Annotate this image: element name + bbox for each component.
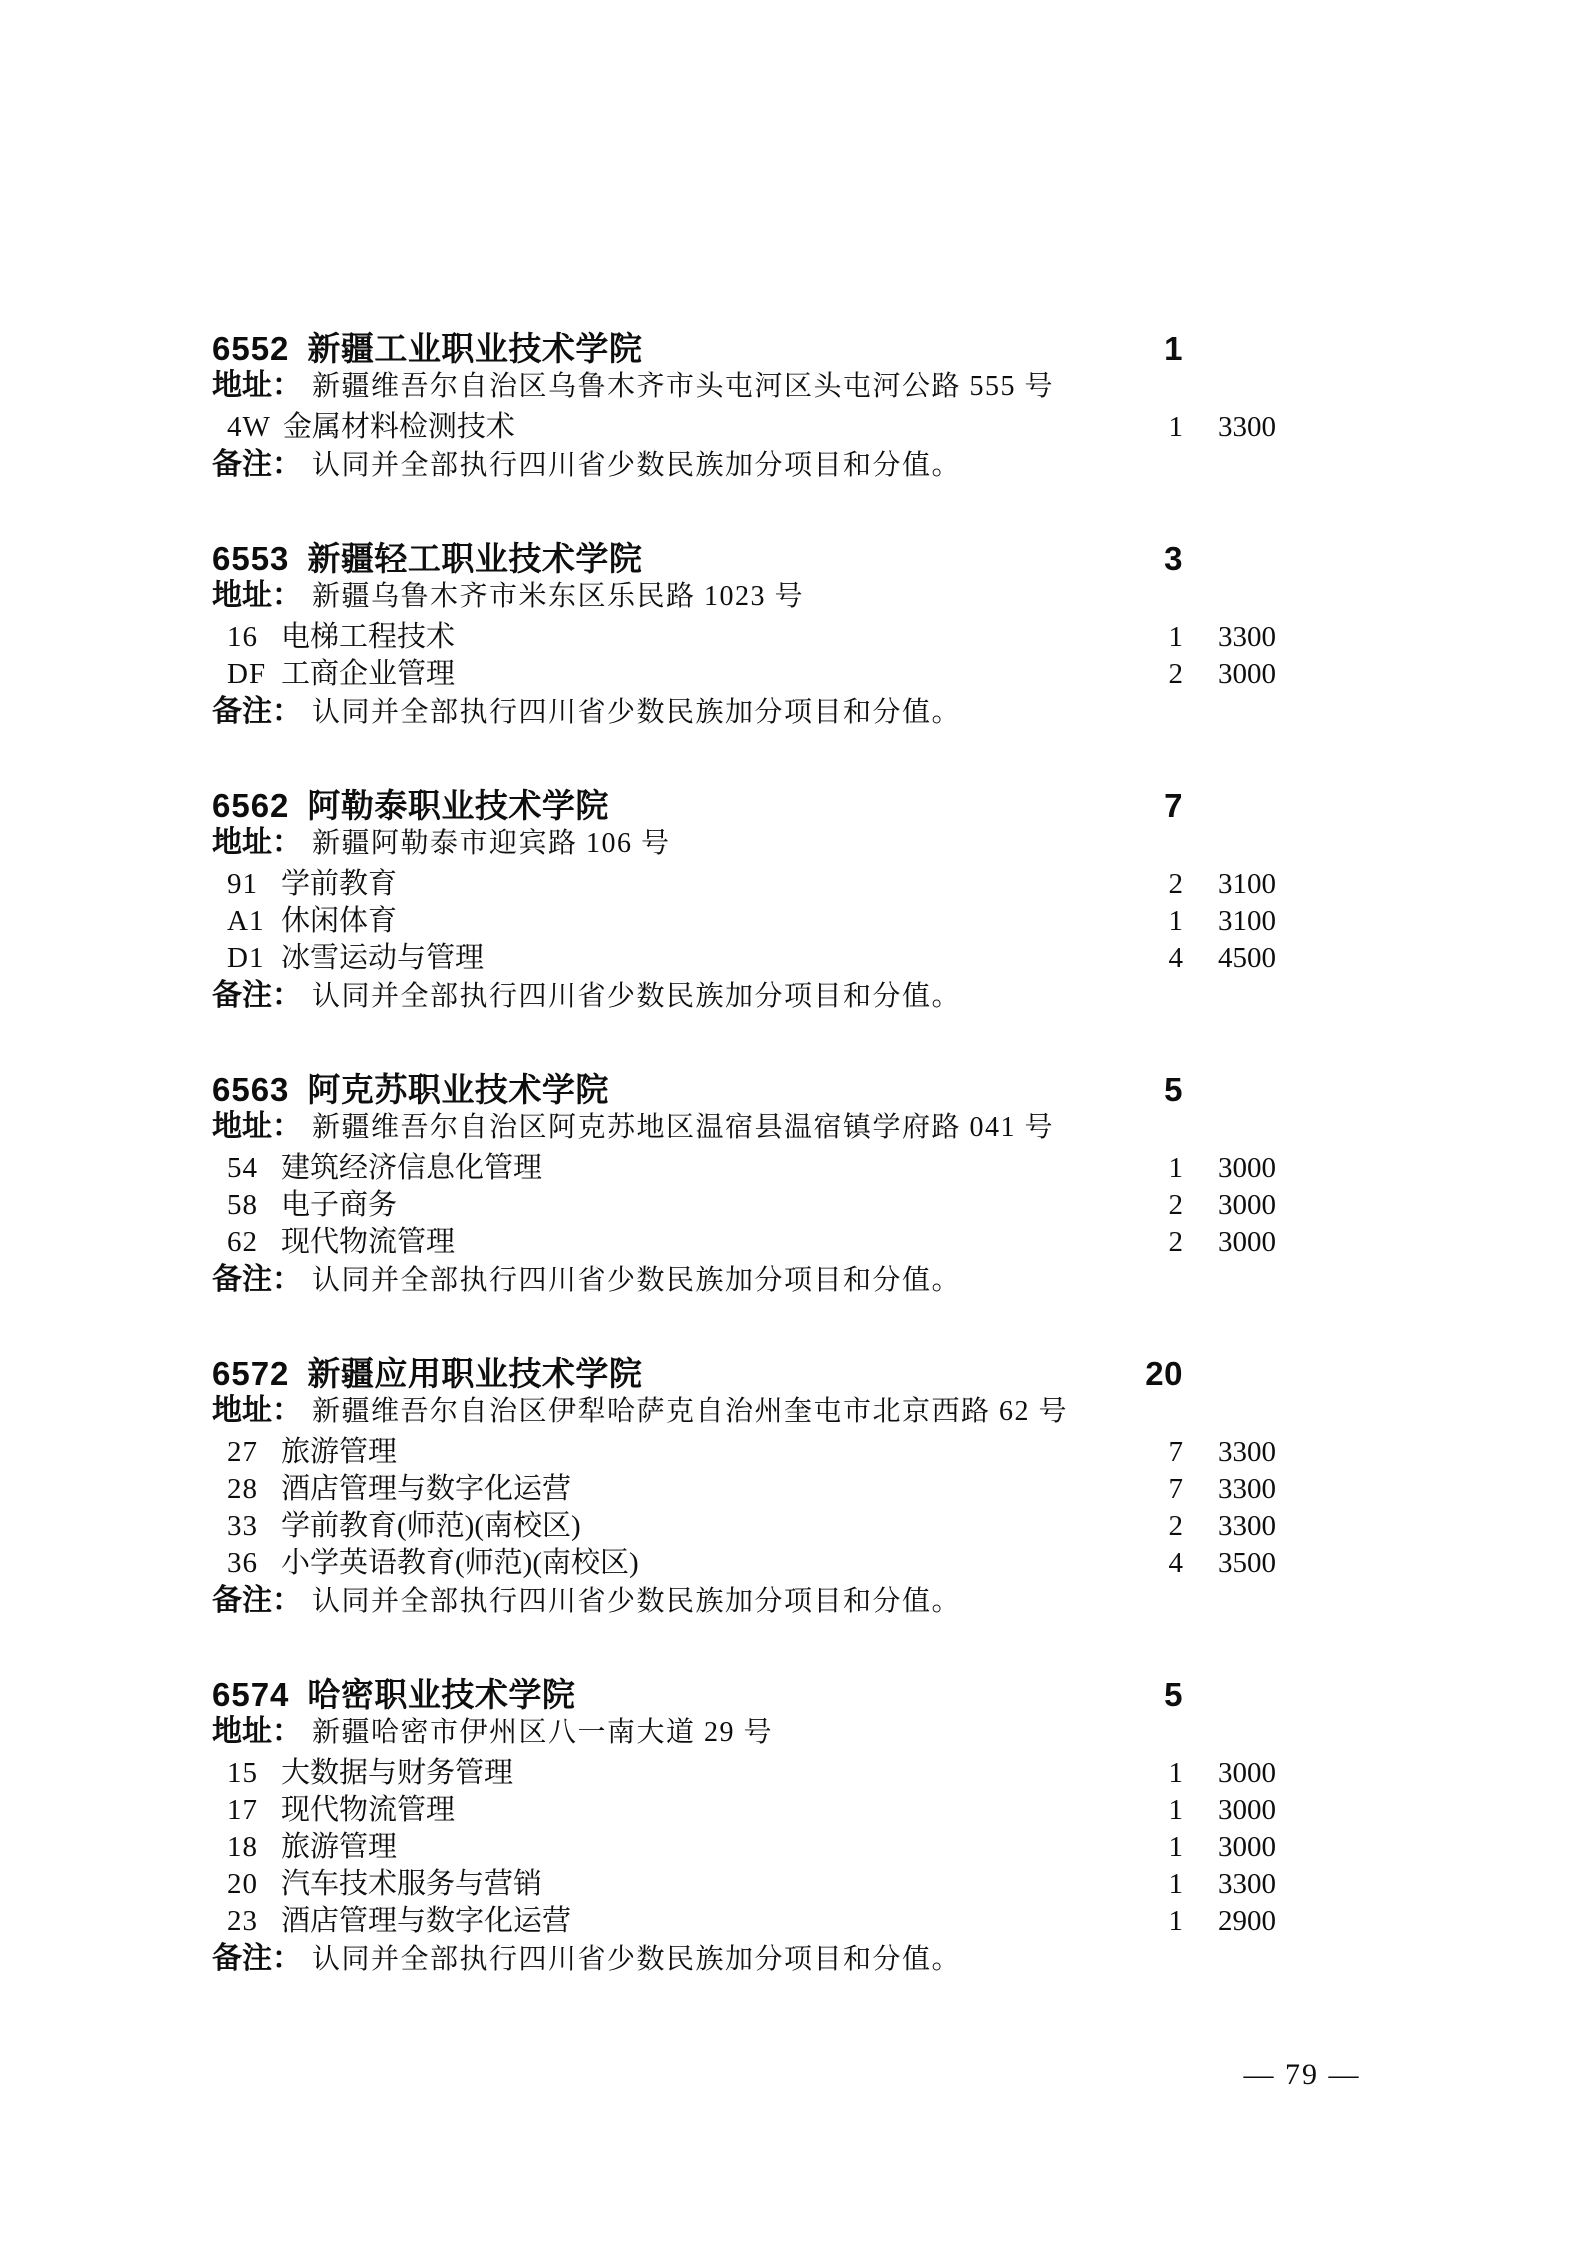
major-list: 54建筑经济信息化管理 1 3000 58电子商务 2 3000 62现代物流管…	[212, 1150, 1280, 1261]
address-label: 地址：	[212, 1394, 302, 1427]
major-plan-count: 2	[1062, 1508, 1183, 1545]
major-plan-count: 2	[1062, 866, 1183, 903]
major-name: 大数据与财务管理	[281, 1757, 513, 1789]
institution-block: 6572新疆应用职业技术学院 20 地址：新疆维吾尔自治区伊犁哈萨克自治州奎屯市…	[212, 1355, 1280, 1624]
major-name: 酒店管理与数字化运营	[281, 1905, 571, 1937]
remark-text: 认同并全部执行四川省少数民族加分项目和分值。	[312, 450, 961, 481]
major-row: 20汽车技术服务与营销 1 3300	[212, 1866, 1280, 1903]
institution-total-plan: 5	[1062, 1071, 1183, 1108]
major-code: 4W	[227, 409, 271, 446]
major-row: D1冰雪运动与管理 4 4500	[212, 940, 1280, 977]
institution-address-row: 地址：新疆维吾尔自治区阿克苏地区温宿县温宿镇学府路 041 号	[212, 1108, 1280, 1150]
institution-name: 新疆工业职业技术学院	[307, 330, 642, 367]
major-code: 36	[227, 1545, 269, 1582]
major-plan-count: 2	[1062, 1224, 1183, 1261]
major-tuition-fee: 3100	[1218, 903, 1308, 940]
major-plan-count: 1	[1062, 1903, 1183, 1940]
institution-address-row: 地址：新疆乌鲁木齐市米东区乐民路 1023 号	[212, 577, 1280, 619]
major-tuition-fee: 3000	[1218, 1187, 1308, 1224]
institution-total-plan: 20	[1062, 1355, 1183, 1392]
institution-heading-row: 6562阿勒泰职业技术学院 7	[212, 787, 1280, 824]
address-label: 地址：	[212, 579, 302, 612]
major-tuition-fee: 3300	[1218, 1866, 1308, 1903]
major-name: 建筑经济信息化管理	[281, 1152, 542, 1184]
remark-text: 认同并全部执行四川省少数民族加分项目和分值。	[312, 1265, 961, 1296]
address-text: 新疆维吾尔自治区乌鲁木齐市头屯河区头屯河公路 555 号	[312, 371, 1054, 402]
major-row: DF工商企业管理 2 3000	[212, 656, 1280, 693]
remark-text: 认同并全部执行四川省少数民族加分项目和分值。	[312, 1944, 961, 1975]
major-code: D1	[227, 940, 269, 977]
major-code: A1	[227, 903, 269, 940]
address-text: 新疆维吾尔自治区伊犁哈萨克自治州奎屯市北京西路 62 号	[312, 1396, 1068, 1427]
address-text: 新疆乌鲁木齐市米东区乐民路 1023 号	[312, 581, 804, 612]
major-tuition-fee: 3000	[1218, 1224, 1308, 1261]
institution-remark-row: 备注：认同并全部执行四川省少数民族加分项目和分值。	[212, 1582, 1280, 1624]
major-name: 小学英语教育(师范)(南校区)	[281, 1547, 639, 1579]
institution-name: 哈密职业技术学院	[307, 1676, 575, 1713]
institution-block: 6562阿勒泰职业技术学院 7 地址：新疆阿勒泰市迎宾路 106 号 91学前教…	[212, 787, 1280, 1019]
major-row: A1休闲体育 1 3100	[212, 903, 1280, 940]
major-plan-count: 4	[1062, 1545, 1183, 1582]
institution-address-row: 地址：新疆维吾尔自治区乌鲁木齐市头屯河区头屯河公路 555 号	[212, 367, 1280, 409]
major-tuition-fee: 3300	[1218, 1434, 1308, 1471]
major-name: 现代物流管理	[281, 1226, 455, 1258]
major-row: 28酒店管理与数字化运营 7 3300	[212, 1471, 1280, 1508]
address-text: 新疆哈密市伊州区八一南大道 29 号	[312, 1717, 773, 1748]
major-name: 旅游管理	[281, 1831, 397, 1863]
institution-remark-row: 备注：认同并全部执行四川省少数民族加分项目和分值。	[212, 446, 1280, 488]
major-tuition-fee: 2900	[1218, 1903, 1308, 1940]
major-row: 58电子商务 2 3000	[212, 1187, 1280, 1224]
major-name: 冰雪运动与管理	[281, 942, 484, 974]
major-plan-count: 2	[1062, 1187, 1183, 1224]
institution-name: 阿勒泰职业技术学院	[307, 787, 609, 824]
major-name: 学前教育	[281, 868, 397, 900]
institution-block: 6552新疆工业职业技术学院 1 地址：新疆维吾尔自治区乌鲁木齐市头屯河区头屯河…	[212, 330, 1280, 488]
institution-code: 6562	[212, 787, 289, 824]
major-row: 18旅游管理 1 3000	[212, 1829, 1280, 1866]
major-list: 91学前教育 2 3100 A1休闲体育 1 3100 D1冰雪运动与管理 4 …	[212, 866, 1280, 977]
institution-remark-row: 备注：认同并全部执行四川省少数民族加分项目和分值。	[212, 1261, 1280, 1303]
remark-text: 认同并全部执行四川省少数民族加分项目和分值。	[312, 981, 961, 1012]
major-tuition-fee: 3000	[1218, 1792, 1308, 1829]
major-code: 54	[227, 1150, 269, 1187]
remark-label: 备注：	[212, 695, 302, 728]
major-tuition-fee: 3000	[1218, 656, 1308, 693]
major-row: 33学前教育(师范)(南校区) 2 3300	[212, 1508, 1280, 1545]
major-tuition-fee: 3100	[1218, 866, 1308, 903]
major-name: 金属材料检测技术	[283, 411, 515, 443]
institution-block: 6563阿克苏职业技术学院 5 地址：新疆维吾尔自治区阿克苏地区温宿县温宿镇学府…	[212, 1071, 1280, 1303]
remark-label: 备注：	[212, 448, 302, 481]
major-name: 工商企业管理	[281, 658, 455, 690]
major-plan-count: 1	[1062, 1792, 1183, 1829]
institution-address-row: 地址：新疆阿勒泰市迎宾路 106 号	[212, 824, 1280, 866]
institution-block: 6553新疆轻工职业技术学院 3 地址：新疆乌鲁木齐市米东区乐民路 1023 号…	[212, 540, 1280, 735]
major-code: 20	[227, 1866, 269, 1903]
major-tuition-fee: 3000	[1218, 1150, 1308, 1187]
major-tuition-fee: 3300	[1218, 1471, 1308, 1508]
address-text: 新疆阿勒泰市迎宾路 106 号	[312, 828, 671, 859]
major-plan-count: 1	[1062, 1829, 1183, 1866]
remark-label: 备注：	[212, 979, 302, 1012]
major-row: 36小学英语教育(师范)(南校区) 4 3500	[212, 1545, 1280, 1582]
institution-remark-row: 备注：认同并全部执行四川省少数民族加分项目和分值。	[212, 1940, 1280, 1982]
major-plan-count: 1	[1062, 1866, 1183, 1903]
remark-label: 备注：	[212, 1584, 302, 1617]
remark-text: 认同并全部执行四川省少数民族加分项目和分值。	[312, 1586, 961, 1617]
major-tuition-fee: 3300	[1218, 409, 1308, 446]
major-code: 23	[227, 1903, 269, 1940]
major-plan-count: 1	[1062, 1150, 1183, 1187]
institution-code: 6552	[212, 330, 289, 367]
institution-total-plan: 7	[1062, 787, 1183, 824]
major-tuition-fee: 3500	[1218, 1545, 1308, 1582]
major-code: 28	[227, 1471, 269, 1508]
document-page: 6552新疆工业职业技术学院 1 地址：新疆维吾尔自治区乌鲁木齐市头屯河区头屯河…	[0, 0, 1587, 2245]
major-row: 27旅游管理 7 3300	[212, 1434, 1280, 1471]
major-tuition-fee: 3300	[1218, 619, 1308, 656]
major-plan-count: 4	[1062, 940, 1183, 977]
major-tuition-fee: 3300	[1218, 1508, 1308, 1545]
institution-name: 新疆轻工职业技术学院	[307, 540, 642, 577]
major-row: 17现代物流管理 1 3000	[212, 1792, 1280, 1829]
major-code: 62	[227, 1224, 269, 1261]
address-label: 地址：	[212, 1110, 302, 1143]
major-plan-count: 1	[1062, 903, 1183, 940]
page-number: — 79 —	[1212, 2056, 1392, 2093]
major-code: 16	[227, 619, 269, 656]
major-name: 电梯工程技术	[281, 621, 455, 653]
major-name: 酒店管理与数字化运营	[281, 1473, 571, 1505]
address-label: 地址：	[212, 826, 302, 859]
major-code: 15	[227, 1755, 269, 1792]
institution-code: 6574	[212, 1676, 289, 1713]
institution-address-row: 地址：新疆哈密市伊州区八一南大道 29 号	[212, 1713, 1280, 1755]
institution-heading-row: 6563阿克苏职业技术学院 5	[212, 1071, 1280, 1108]
major-list: 27旅游管理 7 3300 28酒店管理与数字化运营 7 3300 33学前教育…	[212, 1434, 1280, 1582]
major-row: 15大数据与财务管理 1 3000	[212, 1755, 1280, 1792]
institution-name: 新疆应用职业技术学院	[307, 1355, 642, 1392]
major-list: 15大数据与财务管理 1 3000 17现代物流管理 1 3000 18旅游管理…	[212, 1755, 1280, 1940]
major-name: 学前教育(师范)(南校区)	[281, 1510, 581, 1542]
address-label: 地址：	[212, 369, 302, 402]
major-row: 16电梯工程技术 1 3300	[212, 619, 1280, 656]
major-plan-count: 7	[1062, 1434, 1183, 1471]
major-name: 电子商务	[281, 1189, 397, 1221]
major-code: 91	[227, 866, 269, 903]
institution-remark-row: 备注：认同并全部执行四川省少数民族加分项目和分值。	[212, 693, 1280, 735]
major-row: 4W金属材料检测技术 1 3300	[212, 409, 1280, 446]
institution-code: 6563	[212, 1071, 289, 1108]
institution-heading-row: 6552新疆工业职业技术学院 1	[212, 330, 1280, 367]
institution-total-plan: 1	[1062, 330, 1183, 367]
major-code: 33	[227, 1508, 269, 1545]
institution-block: 6574哈密职业技术学院 5 地址：新疆哈密市伊州区八一南大道 29 号 15大…	[212, 1676, 1280, 1982]
institution-name: 阿克苏职业技术学院	[307, 1071, 609, 1108]
major-plan-count: 1	[1062, 1755, 1183, 1792]
major-row: 91学前教育 2 3100	[212, 866, 1280, 903]
institution-heading-row: 6574哈密职业技术学院 5	[212, 1676, 1280, 1713]
remark-text: 认同并全部执行四川省少数民族加分项目和分值。	[312, 697, 961, 728]
major-plan-count: 2	[1062, 656, 1183, 693]
major-tuition-fee: 3000	[1218, 1755, 1308, 1792]
institution-heading-row: 6572新疆应用职业技术学院 20	[212, 1355, 1280, 1392]
institution-total-plan: 3	[1062, 540, 1183, 577]
institution-remark-row: 备注：认同并全部执行四川省少数民族加分项目和分值。	[212, 977, 1280, 1019]
institution-heading-row: 6553新疆轻工职业技术学院 3	[212, 540, 1280, 577]
institution-address-row: 地址：新疆维吾尔自治区伊犁哈萨克自治州奎屯市北京西路 62 号	[212, 1392, 1280, 1434]
major-plan-count: 1	[1062, 409, 1183, 446]
major-name: 汽车技术服务与营销	[281, 1868, 542, 1900]
remark-label: 备注：	[212, 1942, 302, 1975]
address-label: 地址：	[212, 1715, 302, 1748]
remark-label: 备注：	[212, 1263, 302, 1296]
major-code: 27	[227, 1434, 269, 1471]
major-name: 休闲体育	[281, 905, 397, 937]
major-plan-count: 1	[1062, 619, 1183, 656]
major-code: 58	[227, 1187, 269, 1224]
address-text: 新疆维吾尔自治区阿克苏地区温宿县温宿镇学府路 041 号	[312, 1112, 1054, 1143]
major-name: 旅游管理	[281, 1436, 397, 1468]
major-row: 54建筑经济信息化管理 1 3000	[212, 1150, 1280, 1187]
major-plan-count: 7	[1062, 1471, 1183, 1508]
institution-total-plan: 5	[1062, 1676, 1183, 1713]
major-row: 23酒店管理与数字化运营 1 2900	[212, 1903, 1280, 1940]
major-code: 18	[227, 1829, 269, 1866]
major-list: 4W金属材料检测技术 1 3300	[212, 409, 1280, 446]
major-name: 现代物流管理	[281, 1794, 455, 1826]
major-tuition-fee: 4500	[1218, 940, 1308, 977]
major-code: DF	[227, 656, 269, 693]
major-tuition-fee: 3000	[1218, 1829, 1308, 1866]
institution-code: 6572	[212, 1355, 289, 1392]
major-code: 17	[227, 1792, 269, 1829]
major-row: 62现代物流管理 2 3000	[212, 1224, 1280, 1261]
major-list: 16电梯工程技术 1 3300 DF工商企业管理 2 3000	[212, 619, 1280, 693]
institution-code: 6553	[212, 540, 289, 577]
institution-list: 6552新疆工业职业技术学院 1 地址：新疆维吾尔自治区乌鲁木齐市头屯河区头屯河…	[212, 330, 1280, 2034]
